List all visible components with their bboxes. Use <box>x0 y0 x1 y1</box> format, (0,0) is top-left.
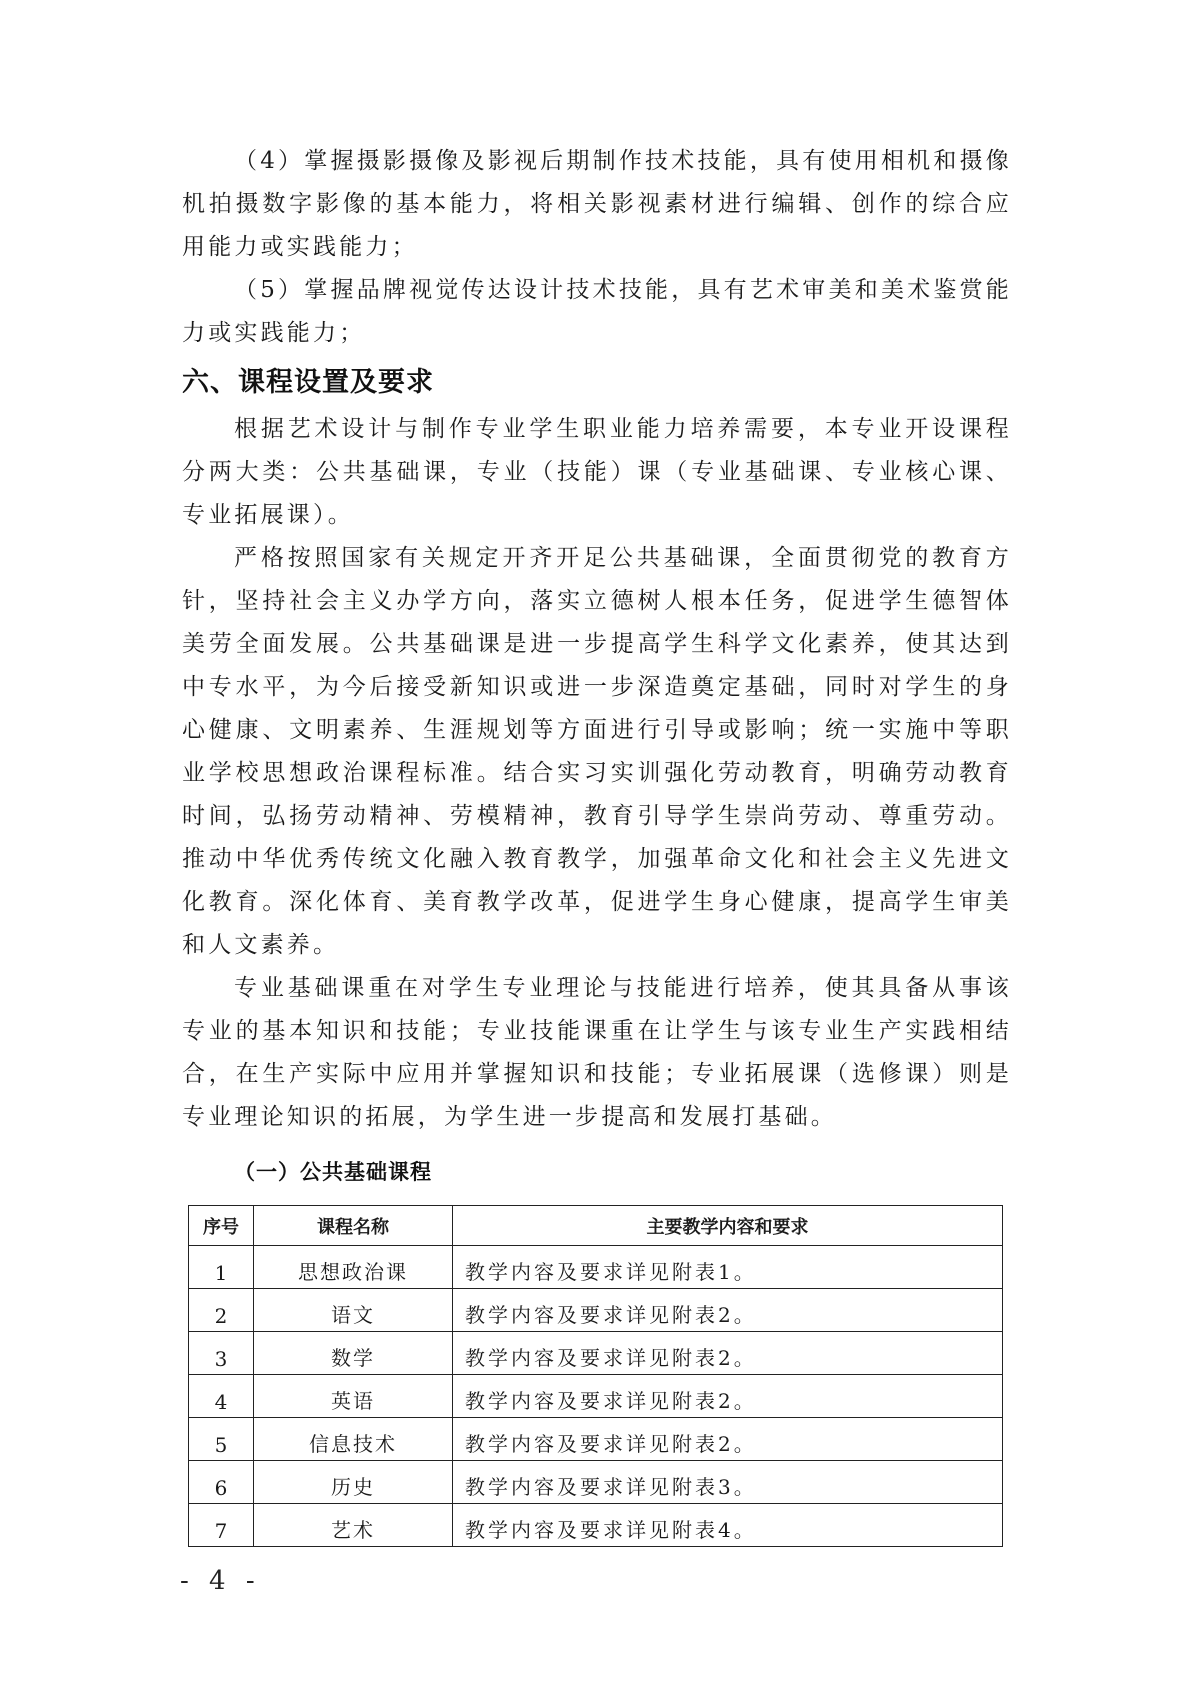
cell-course-name: 艺术 <box>254 1504 453 1547</box>
cell-course-name: 思想政治课 <box>254 1246 453 1289</box>
table-row: 2 语文 教学内容及要求详见附表2。 <box>189 1289 1003 1332</box>
cell-no: 6 <box>189 1461 254 1504</box>
page-number: - 4 - <box>180 1566 261 1596</box>
paragraph-professional-courses: 专业基础课重在对学生专业理论与技能进行培养，使其具备从事该专业的基本知识和技能；… <box>182 967 1012 1139</box>
cell-no: 7 <box>189 1504 254 1547</box>
cell-no: 2 <box>189 1289 254 1332</box>
table-row: 1 思想政治课 教学内容及要求详见附表1。 <box>189 1246 1003 1289</box>
cell-content: 教学内容及要求详见附表2。 <box>453 1289 1003 1332</box>
cell-no: 1 <box>189 1246 254 1289</box>
paragraph-course-categories: 根据艺术设计与制作专业学生职业能力培养需要，本专业开设课程分两大类：公共基础课，… <box>182 408 1012 537</box>
paragraph-item-4: （4）掌握摄影摄像及影视后期制作技术技能，具有使用相机和摄像机拍摄数字影像的基本… <box>182 140 1012 269</box>
cell-content: 教学内容及要求详见附表1。 <box>453 1246 1003 1289</box>
cell-course-name: 信息技术 <box>254 1418 453 1461</box>
cell-course-name: 历史 <box>254 1461 453 1504</box>
cell-course-name: 数学 <box>254 1332 453 1375</box>
sub-heading-public-courses: （一）公共基础课程 <box>234 1151 1012 1194</box>
section-heading: 六、课程设置及要求 <box>182 361 1012 404</box>
table-header-row: 序号 课程名称 主要教学内容和要求 <box>189 1206 1003 1246</box>
public-course-table: 序号 课程名称 主要教学内容和要求 1 思想政治课 教学内容及要求详见附表1。 … <box>188 1205 1003 1547</box>
table-row: 3 数学 教学内容及要求详见附表2。 <box>189 1332 1003 1375</box>
table-row: 7 艺术 教学内容及要求详见附表4。 <box>189 1504 1003 1547</box>
paragraph-public-foundation: 严格按照国家有关规定开齐开足公共基础课，全面贯彻党的教育方针，坚持社会主义办学方… <box>182 537 1012 967</box>
cell-content: 教学内容及要求详见附表2。 <box>453 1332 1003 1375</box>
cell-no: 5 <box>189 1418 254 1461</box>
cell-course-name: 英语 <box>254 1375 453 1418</box>
cell-content: 教学内容及要求详见附表4。 <box>453 1504 1003 1547</box>
cell-content: 教学内容及要求详见附表3。 <box>453 1461 1003 1504</box>
cell-no: 3 <box>189 1332 254 1375</box>
table-row: 4 英语 教学内容及要求详见附表2。 <box>189 1375 1003 1418</box>
cell-content: 教学内容及要求详见附表2。 <box>453 1418 1003 1461</box>
cell-content: 教学内容及要求详见附表2。 <box>453 1375 1003 1418</box>
document-body: （4）掌握摄影摄像及影视后期制作技术技能，具有使用相机和摄像机拍摄数字影像的基本… <box>182 140 1012 1194</box>
cell-no: 4 <box>189 1375 254 1418</box>
header-no: 序号 <box>189 1206 254 1246</box>
cell-course-name: 语文 <box>254 1289 453 1332</box>
header-content: 主要教学内容和要求 <box>453 1206 1003 1246</box>
paragraph-item-5: （5）掌握品牌视觉传达设计技术技能，具有艺术审美和美术鉴赏能力或实践能力； <box>182 269 1012 355</box>
table-row: 5 信息技术 教学内容及要求详见附表2。 <box>189 1418 1003 1461</box>
header-course-name: 课程名称 <box>254 1206 453 1246</box>
table-row: 6 历史 教学内容及要求详见附表3。 <box>189 1461 1003 1504</box>
